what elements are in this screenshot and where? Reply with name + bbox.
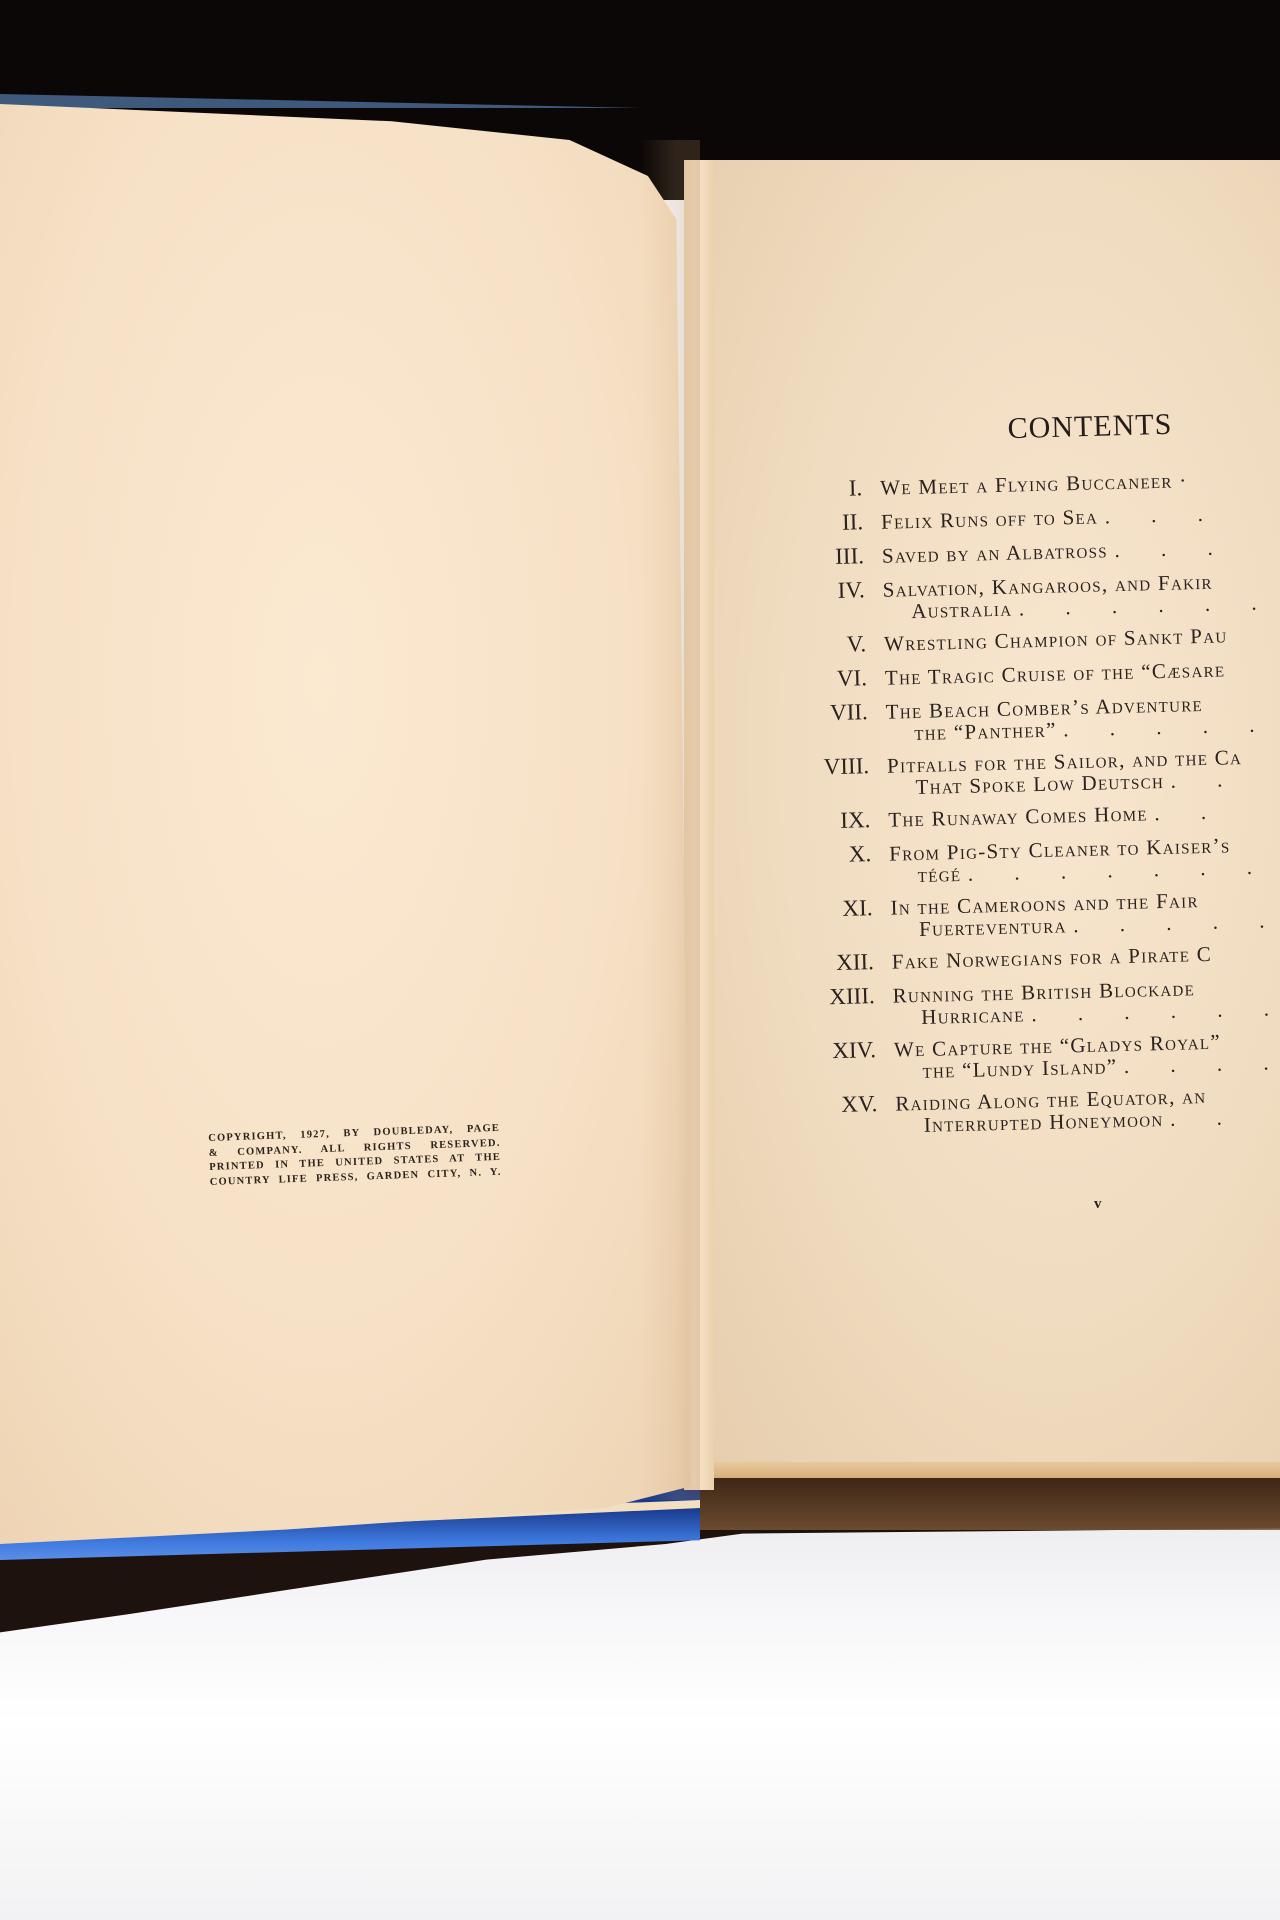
chapter-number: IV. — [792, 578, 865, 604]
page-number: v — [1094, 1196, 1102, 1213]
chapter-title: The Tragic Cruise of the “Cæsare — [885, 655, 1280, 689]
dot-leaders: . . . . — [1124, 1050, 1280, 1078]
toc-entry: IV.Salvation, Kangaroos, and Fakir Austr… — [792, 567, 1280, 624]
chapter-title-text: Saved by an Albatross — [882, 538, 1109, 568]
chapter-title-text: The Tragic Cruise of the “Cæsare — [885, 657, 1226, 689]
chapter-title: Saved by an Albatross . . . — [882, 533, 1280, 567]
right-page-bottom-edge — [712, 1462, 1280, 1478]
contents-heading: CONTENTS — [1000, 408, 1181, 447]
chapter-title: The Runaway Comes Home . . — [888, 797, 1280, 831]
toc-entry: VIII.Pitfalls for the Sailor, and the Ca… — [797, 743, 1280, 800]
chapter-title-text: Hurricane — [921, 1002, 1025, 1029]
chapter-number: III. — [792, 544, 865, 570]
chapter-number: XV. — [805, 1092, 878, 1118]
chapter-number: II. — [791, 510, 864, 536]
chapter-number: VI. — [795, 666, 868, 692]
toc-entry: XIV.We Capture the “Gladys Royal” the “L… — [804, 1027, 1280, 1084]
chapter-title: Fake Norwegians for a Pirate C — [892, 939, 1280, 973]
chapter-title-text: Fake Norwegians for a Pirate C — [892, 942, 1213, 974]
chapter-title-text: That Spoke Low Deutsch — [915, 769, 1164, 799]
left-page-curl-shade — [640, 140, 700, 1500]
toc-entry: X.From Pig-Sty Cleaner to Kaiser’s tégé … — [799, 831, 1280, 888]
chapter-number: I. — [790, 476, 863, 502]
toc-entry: XV.Raiding Along the Equator, an Interru… — [805, 1081, 1280, 1138]
chapter-number: V. — [794, 632, 867, 658]
dot-leaders: . . — [1154, 799, 1224, 825]
dot-leaders: · — [1179, 468, 1205, 493]
toc-entry: V.Wrestling Champion of Sankt Pau — [794, 621, 1280, 658]
chapter-number: VII. — [795, 700, 868, 726]
chapter-title-text: The Runaway Comes Home — [888, 801, 1148, 831]
toc-entry: XII.Fake Norwegians for a Pirate C — [802, 939, 1280, 976]
dot-leaders: . . . — [1114, 535, 1231, 562]
chapter-number: XIV. — [804, 1038, 877, 1064]
chapter-number: XII. — [802, 950, 875, 976]
chapter-number: XIII. — [802, 984, 875, 1010]
chapter-title-text: Australia — [911, 597, 1013, 623]
toc-entry: XIII.Running the British Blockade Hurric… — [802, 973, 1280, 1030]
chapter-title-text: tégé — [917, 862, 961, 887]
toc-entry: II.Felix Runs off to Sea . . . — [791, 499, 1280, 536]
chapter-number: IX. — [798, 808, 871, 834]
chapter-title-text: Felix Runs off to Sea — [881, 504, 1099, 533]
toc-entry: VI.The Tragic Cruise of the “Cæsare — [795, 655, 1280, 692]
chapter-number: X. — [799, 842, 872, 868]
chapter-title: Felix Runs off to Sea . . . — [881, 499, 1280, 533]
table-of-contents: I.We Meet a Flying Buccaneer ·II.Felix R… — [790, 465, 1280, 1148]
chapter-number: VIII. — [797, 754, 870, 780]
left-page — [0, 104, 712, 1544]
chapter-number: XI. — [800, 896, 873, 922]
chapter-title-text: Fuerteventura — [919, 913, 1067, 941]
book-shadow-warm — [700, 1470, 1280, 1530]
dot-leaders: . . . . . . — [1063, 711, 1280, 741]
dot-leaders: . . . — [1104, 501, 1221, 528]
toc-entry: IX.The Runaway Comes Home . . — [798, 797, 1280, 834]
chapter-title-text: the “Lundy Island” — [922, 1054, 1117, 1083]
dot-leaders: . . . . . — [1073, 908, 1280, 937]
chapter-title-text: Interrupted Honeymoon — [924, 1107, 1164, 1137]
copyright-notice: Copyright, 1927, by Doubleday, Page & Co… — [208, 1122, 502, 1190]
dot-leaders: . . — [1170, 767, 1240, 793]
toc-entry: III.Saved by an Albatross . . . — [792, 533, 1280, 570]
toc-entry: VII.The Beach Comber’s Adventure the “Pa… — [795, 689, 1280, 746]
chapter-title-text: the “Panther” — [914, 718, 1057, 745]
dot-leaders: . . — [1170, 1105, 1240, 1131]
chapter-title: Wrestling Champion of Sankt Pau — [884, 621, 1280, 655]
chapter-title-text: Wrestling Champion of Sankt Pau — [884, 623, 1228, 655]
toc-entry: XI.In the Cameroons and the Fair Fuertev… — [800, 885, 1280, 942]
